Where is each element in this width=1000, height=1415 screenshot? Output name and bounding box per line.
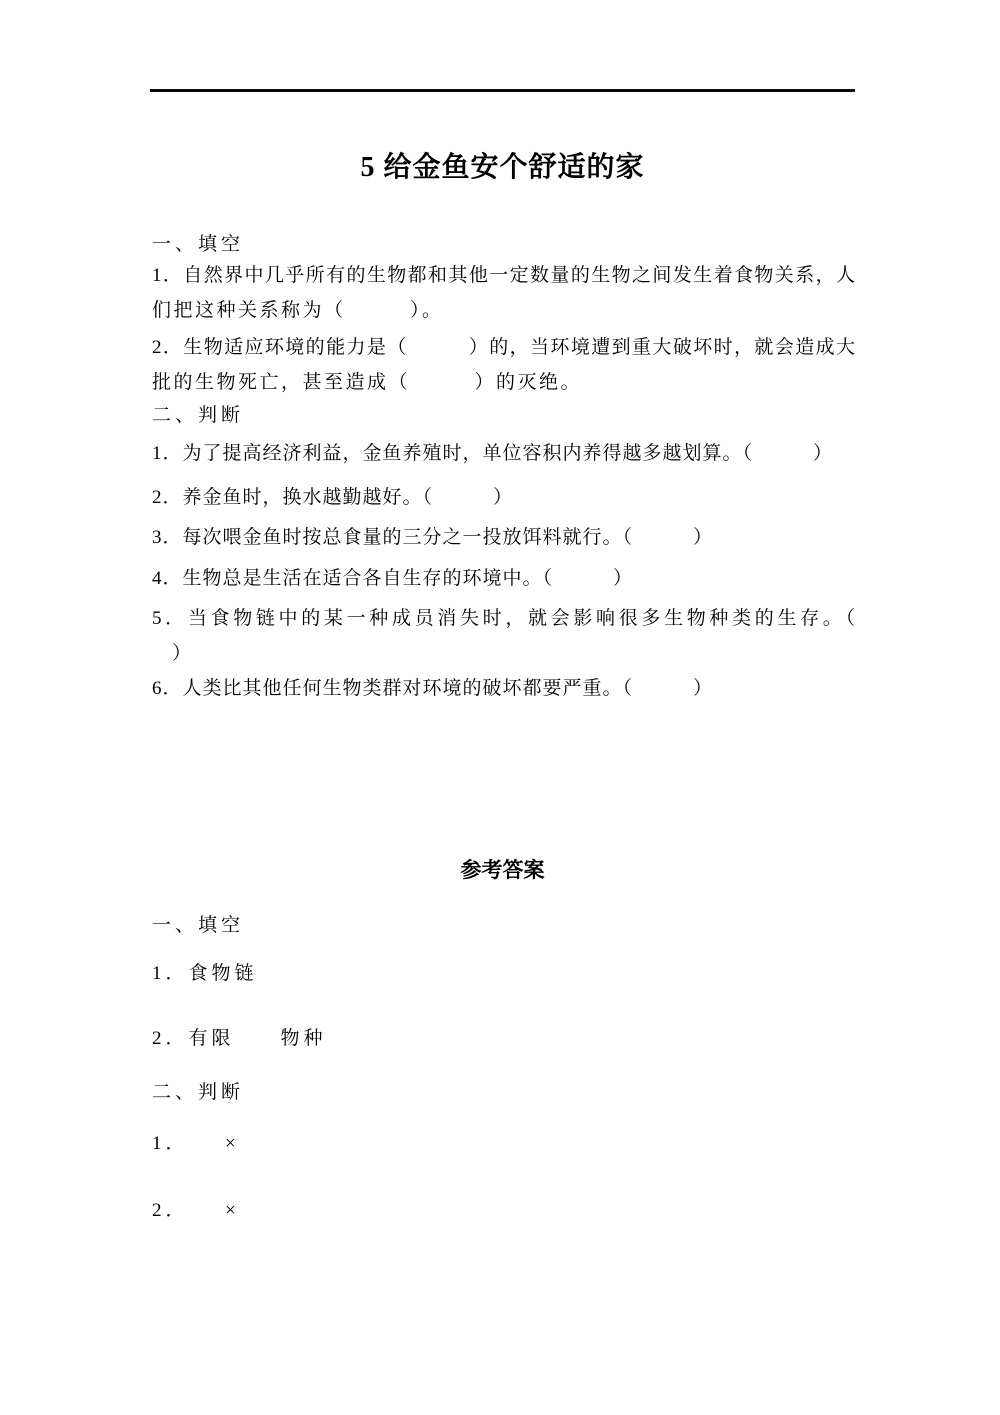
fill-in-q2-line1: 2．生物适应环境的能力是（ ）的，当环境遭到重大破坏时，就会造成大: [152, 335, 855, 360]
fill-in-q1-line2: 们把这种关系称为（ ）。: [152, 298, 855, 323]
page-title: 5 给金鱼安个舒适的家: [150, 150, 855, 186]
judgment-q2: 2．养金鱼时，换水越勤越好。（ ）: [152, 485, 855, 510]
judgment-q3: 3．每次喂金鱼时按总食量的三分之一投放饵料就行。（ ）: [152, 525, 855, 550]
answer-fill-in-2: 2．有限 物种: [152, 1026, 855, 1051]
answer-heading-judgment: 二、判断: [152, 1080, 855, 1105]
header-rule: [150, 89, 855, 92]
judgment-q5-line2: ）: [172, 641, 855, 666]
judgment-q5-line1: 5．当食物链中的某一种成员消失时，就会影响很多生物种类的生存。（: [152, 606, 855, 631]
fill-in-q1-line1: 1．自然界中几乎所有的生物都和其他一定数量的生物之间发生着食物关系，人: [152, 263, 855, 288]
answer-key-title: 参考答案: [150, 857, 855, 883]
answer-fill-in-1: 1．食物链: [152, 961, 855, 986]
answer-judgment-2: 2． ×: [152, 1198, 855, 1223]
fill-in-q2-line2: 批的生物死亡，甚至造成（ ）的灭绝。: [152, 370, 855, 395]
answer-judgment-1: 1． ×: [152, 1131, 855, 1156]
section-heading-fill-in: 一、填空: [152, 232, 855, 257]
answer-heading-fill-in: 一、填空: [152, 913, 855, 938]
judgment-q4: 4．生物总是生活在适合各自生存的环境中。（ ）: [152, 566, 855, 591]
worksheet-page: 5 给金鱼安个舒适的家 一、填空 1．自然界中几乎所有的生物都和其他一定数量的生…: [0, 0, 1000, 1415]
judgment-q1: 1．为了提高经济利益，金鱼养殖时，单位容积内养得越多越划算。（ ）: [152, 441, 855, 466]
judgment-q6: 6．人类比其他任何生物类群对环境的破坏都要严重。（ ）: [152, 676, 855, 701]
section-heading-judgment: 二、判断: [152, 403, 855, 428]
